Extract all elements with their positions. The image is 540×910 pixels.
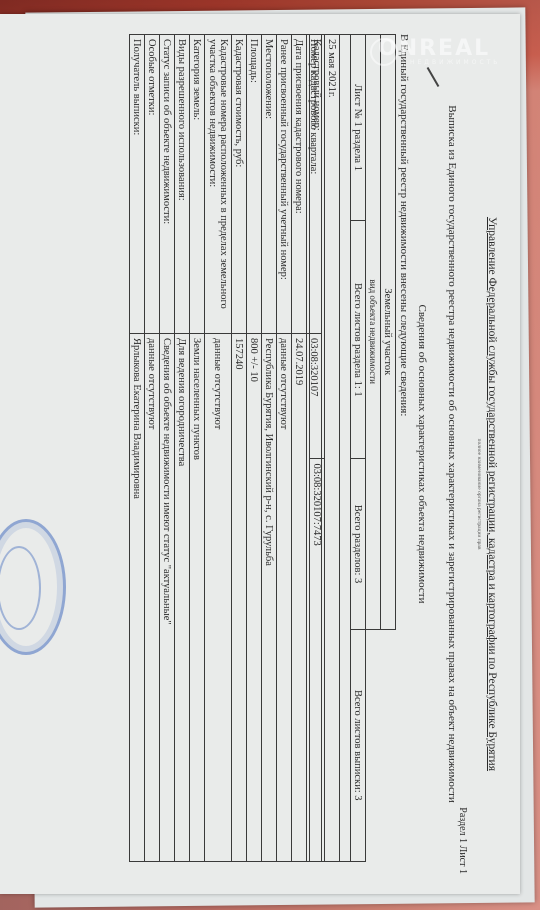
table-row: Статус записи об объекте недвижимости:Св… — [160, 35, 175, 862]
table-row: Виды разрешенного использования:Для веде… — [175, 35, 190, 862]
row-label: Получатель выписки: — [130, 35, 145, 334]
sheet-number: Лист № 1 раздела 1 — [351, 35, 366, 221]
organization-caption: полное наименование органа регистрации п… — [476, 314, 482, 674]
document-title: Выписка из Единого государственного реес… — [446, 34, 458, 874]
row-value: 800 +/- 10 — [247, 334, 262, 862]
row-label: Особые отметки: — [145, 35, 160, 334]
row-label: Кадастровые номера расположенных в преде… — [205, 35, 232, 334]
row-value: Республика Бурятия, Иволгинский р-н, с. … — [262, 334, 277, 862]
row-value: 03:08:320107 — [307, 334, 322, 862]
total-sections: Всего разделов: 3 — [351, 459, 366, 629]
table-row: Получатель выписки:Ярлыкова Екатерина Вл… — [130, 35, 145, 862]
watermark-brand: ONREAL — [378, 36, 490, 61]
row-label: Ранее присвоенный государственный учетны… — [277, 35, 292, 334]
row-value: Земли населенных пунктов — [190, 334, 205, 862]
row-value: Ярлыкова Екатерина Владимировна — [130, 334, 145, 862]
total-sheets-extract: Всего листов выписки: 3 — [351, 629, 366, 861]
organization-name: Управление Федеральной службы государств… — [486, 214, 498, 774]
table-row: Номер кадастрового квартала:03:08:320107 — [307, 35, 322, 862]
characteristics-table: Номер кадастрового квартала:03:08:320107… — [129, 34, 322, 862]
object-type-caption: вид объекта недвижимости — [366, 35, 381, 630]
row-label: Местоположение: — [262, 35, 277, 334]
table-row: Ранее присвоенный государственный учетны… — [277, 35, 292, 862]
document-subtitle: Сведения об основных характеристиках объ… — [416, 34, 428, 874]
table-row: Кадастровые номера расположенных в преде… — [205, 35, 232, 862]
table-row: Площадь:800 +/- 10 — [247, 35, 262, 862]
spacer-row — [340, 35, 351, 862]
row-label: Номер кадастрового квартала: — [307, 35, 322, 334]
row-label: Статус записи об объекте недвижимости: — [160, 35, 175, 334]
sheet-reference: Раздел 1 Лист 1 — [457, 807, 468, 874]
row-label: Площадь: — [247, 35, 262, 334]
row-label: Кадастровая стоимость, руб: — [232, 35, 247, 334]
row-value: 24.07.2019 — [292, 334, 307, 862]
table-row: Дата присвоения кадастрового номера:24.0… — [292, 35, 307, 862]
watermark-tagline: НЕДВИЖИМОСТЬ — [410, 59, 500, 66]
total-sheets-section: Всего листов раздела 1: 1 — [351, 221, 366, 459]
table-row: Категория земель:Земли населенных пункто… — [190, 35, 205, 862]
row-value: Сведения об объекте недвижимости имеют с… — [160, 334, 175, 862]
row-value: Для ведения огородничества — [175, 334, 190, 862]
date: 25 мая 2021г. — [325, 35, 340, 862]
row-value: данные отсутствуют — [145, 334, 160, 862]
row-value: 157240 — [232, 334, 247, 862]
table-row: Особые отметки:данные отсутствуют — [145, 35, 160, 862]
row-value: данные отсутствуют — [277, 334, 292, 862]
row-label: Виды разрешенного использования: — [175, 35, 190, 334]
table-row: Местоположение:Республика Бурятия, Иволг… — [262, 35, 277, 862]
object-type: Земельный участок — [381, 35, 396, 630]
watermark: ONREAL НЕДВИЖИМОСТЬ — [378, 36, 500, 66]
table-row: Кадастровая стоимость, руб:157240 — [232, 35, 247, 862]
rotated-page: Управление Федеральной службы государств… — [0, 14, 520, 894]
row-value: данные отсутствуют — [205, 334, 232, 862]
intro-text: В Единый государственный реестр недвижим… — [398, 34, 410, 416]
header-table: Земельный участок вид объекта недвижимос… — [309, 34, 396, 862]
row-label: Категория земель: — [190, 35, 205, 334]
document-page: Управление Федеральной службы государств… — [0, 14, 520, 894]
row-label: Дата присвоения кадастрового номера: — [292, 35, 307, 334]
